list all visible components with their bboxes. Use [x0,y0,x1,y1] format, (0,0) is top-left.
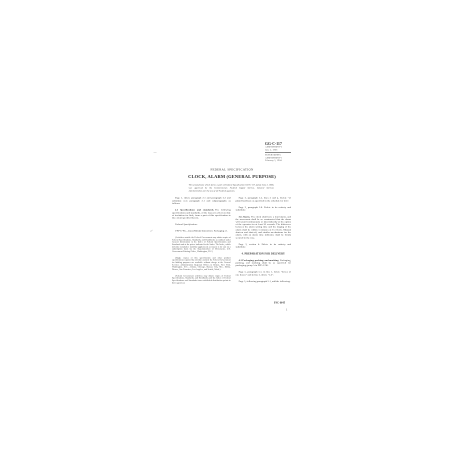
page-number: 1 [286,308,287,311]
paragraph-body: The following specifications and standar… [172,208,231,219]
paragraph: Page 2, paragraph 3.5, lines 3 and 4. De… [236,197,291,202]
paragraph: Page 3, section 4. Delete in its entiret… [236,243,291,248]
scanned-document-page: — ✓ GG-C-117 AMENDMENT-2 June 3, 1966 SU… [0,0,458,458]
paragraph: Page 5, following paragraph 5.1, add the… [236,280,291,283]
left-column: Page 1, delete paragraph 2.1 and paragra… [172,197,231,288]
paragraph: 3.6 Alarm.The clock shall have a loud al… [236,215,291,239]
paragraph: Page 5, paragraph 5.1, in line 1, delete… [236,271,291,276]
spec-id-block: GG-C-117 AMENDMENT-2 June 3, 1966 SUPERS… [265,142,302,162]
spec-list-entry: PPP-C-96—Cans (Metal) Instruction: Packa… [172,230,231,233]
document-kicker: FEDERAL SPECIFICATION [167,168,298,171]
right-column: Page 2, paragraph 3.5, lines 3 and 4. De… [236,197,291,287]
paragraph: 2.1 Specifications and standards.The fol… [172,209,231,220]
paragraph: Page 1, delete paragraph 2.1 and paragra… [172,197,231,205]
fine-print-paragraph: (Federal Government activities may obtai… [172,275,231,284]
section-heading: 4. PREPARATION FOR DELIVERY [236,252,291,255]
paragraph-body: The clock shall have a loud alarm, and t… [236,215,291,239]
amendment-date: June 3, 1966 [265,149,302,152]
superseded-date: February 5, 1964 [265,159,302,162]
approval-preamble: This amendment, which forms a part of Fe… [189,183,274,192]
paragraph: 4.1 Packaging, packing, and marking.Pack… [236,259,291,267]
spec-list-label: Federal Specification: [172,223,231,226]
document-title: CLOCK, ALARM (GENERAL PURPOSE) [167,174,298,179]
pencil-check-mark: ✓ [150,228,154,233]
fsc-code: FSC 6645 [274,301,285,304]
fine-print-paragraph: (Single copies of this specification and… [172,257,231,271]
page-content: — ✓ GG-C-117 AMENDMENT-2 June 3, 1966 SU… [0,0,458,458]
fine-print-paragraph: (Activities outside the Federal Governme… [172,236,231,252]
scan-artifact-dash: — [153,151,156,155]
paragraph: Page 2, paragraph 3.6. Delete in its ent… [236,206,291,211]
